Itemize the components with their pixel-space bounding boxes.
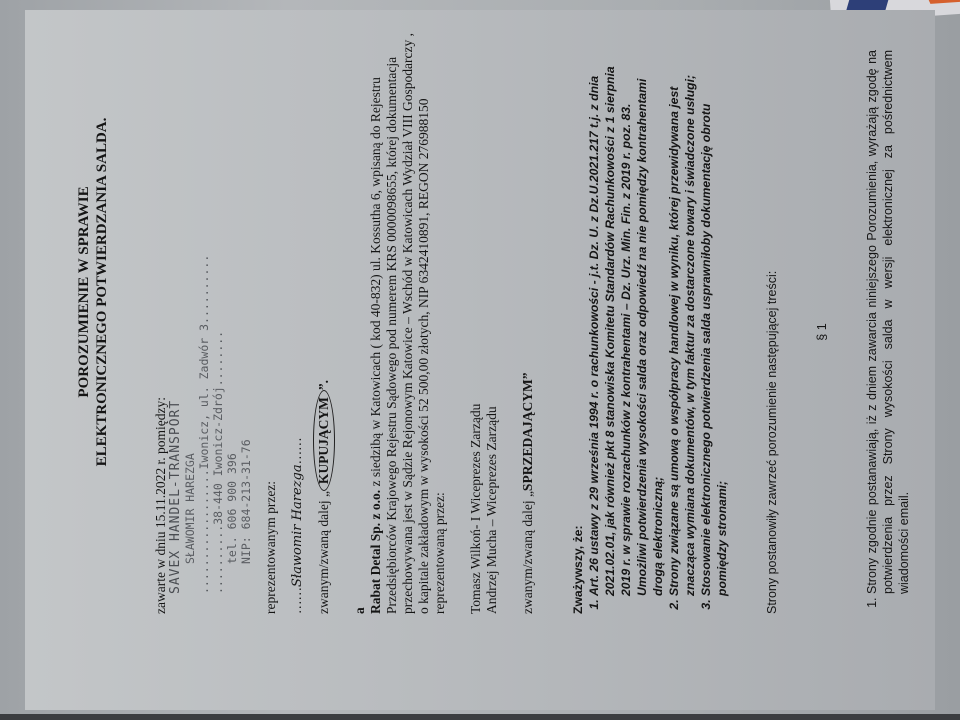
whereas-item: Art. 26 ustawy z 29 września 1994 r. o r… [586, 50, 666, 596]
buyer-address-1: ..................Iwonicz, ul. Zadwór 3.… [197, 50, 211, 594]
seller-role-line: zwanym/zwaną dalej „SPRZEDAJĄCYM” [520, 50, 536, 614]
seller-representatives: Tomasz Wilkoń- I Wiceprezes Zarządu Andr… [468, 50, 500, 614]
seller-block: Rabat Detal Sp. z o.o. z siedzibą w Kato… [368, 50, 448, 614]
title-line-2: ELEKTRONICZNEGO POTWIERDZANIA SALDA. [93, 50, 111, 534]
title-line-1: POROZUMIENIE W SPRAWIE [75, 50, 93, 534]
seller-representative: Tomasz Wilkoń- I Wiceprezes Zarządu [468, 50, 484, 614]
document-photo: POROZUMIENIE W SPRAWIE ELEKTRONICZNEGO P… [0, 0, 960, 720]
buyer-company: SAVEX HANDEL-TRANSPORT [169, 50, 183, 594]
document-title: POROZUMIENIE W SPRAWIE ELEKTRONICZNEGO P… [75, 50, 111, 614]
seller-role: SPRZEDAJĄCYM [520, 379, 535, 491]
buyer-phone: tel. 606 900 396 [225, 50, 239, 594]
intro-line: zawarte w dniu 15.11.2022 r. pomiędzy: [153, 50, 169, 614]
whereas-section: Zważywszy, że: Art. 26 ustawy z 29 wrześ… [570, 50, 730, 614]
paper-page: POROZUMIENIE W SPRAWIE ELEKTRONICZNEGO P… [25, 10, 935, 710]
whereas-heading: Zważywszy, że: [570, 50, 586, 614]
buyer-role-line: zwanym/zwaną dalej „KUPUJĄCYM”. [316, 50, 332, 614]
conjunction: a [352, 50, 368, 614]
whereas-item: Stosowanie elektronicznego potwierdzenia… [698, 50, 730, 596]
buyer-represented-label: reprezentowanym przez: [263, 50, 279, 614]
buyer-signature-line: ……Sławomir Harezga…… [289, 50, 306, 614]
seller-representative: Andrzej Mucha – Wiceprezes Zarządu [484, 50, 500, 614]
orange-shape [921, 0, 960, 4]
whereas-item: Strony związane są umową o współpracy ha… [666, 50, 698, 596]
buyer-role: KUPUJĄCYM [313, 390, 335, 491]
section-1: Strony zgodnie postanawiają, iż z dniem … [864, 50, 912, 614]
section-1-item: Strony zgodnie postanawiają, iż z dniem … [864, 50, 912, 594]
buyer-address-2: ..........38-440 Iwonicz-Zdrój........ [211, 50, 225, 594]
section-mark: § 1 [814, 50, 830, 614]
agreement-intro: Strony postanowiły zawrzeć porozumienie … [764, 50, 780, 614]
buyer-stamp: SAVEX HANDEL-TRANSPORT SŁAWOMIR HAREZGA … [169, 50, 253, 614]
seller-company-name: Rabat Detal Sp. z o.o. [368, 490, 383, 614]
buyer-owner: SŁAWOMIR HAREZGA [183, 50, 197, 594]
buyer-nip: NIP: 684-213-31-76 [239, 50, 253, 594]
table-edge [0, 714, 960, 720]
buyer-signature: Sławomir Harezga [290, 464, 305, 587]
